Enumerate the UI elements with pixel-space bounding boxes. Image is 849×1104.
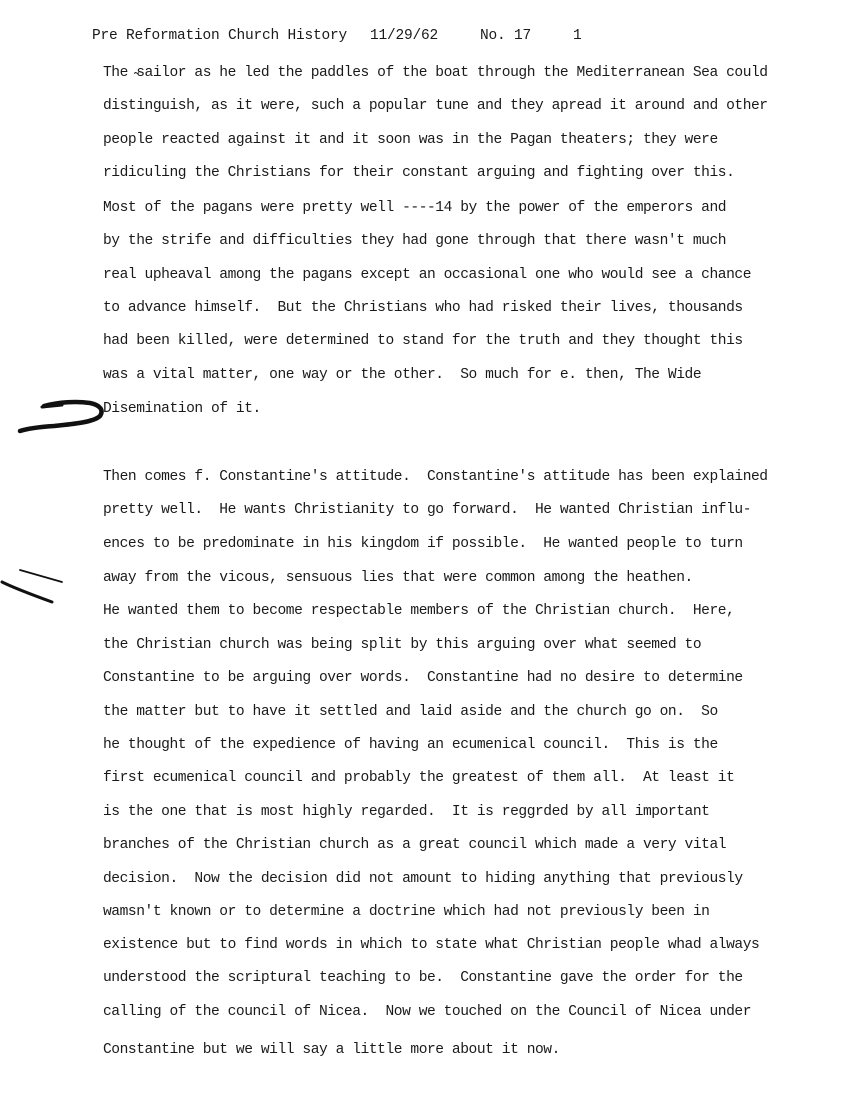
- text-line: is the one that is most highly regarded.…: [103, 803, 709, 821]
- document-page: Pre Reformation Church History 11/29/62 …: [0, 0, 849, 1104]
- text-line: understood the scriptural teaching to be…: [103, 969, 743, 987]
- text-line: the matter but to have it settled and la…: [103, 703, 718, 721]
- text-line: wamsn't known or to determine a doctrine…: [103, 903, 709, 921]
- page-header: Pre Reformation Church History 11/29/62 …: [92, 28, 126, 48]
- text-line: real upheaval among the pagans except an…: [103, 266, 751, 284]
- text-line: decision. Now the decision did not amoun…: [103, 870, 743, 888]
- text-line: by the strife and difficulties they had …: [103, 232, 726, 250]
- text-line: was a vital matter, one way or the other…: [103, 366, 701, 384]
- text-line: The ̴sailor as he led the paddles of the…: [103, 64, 768, 82]
- handwritten-slash-mark-icon: [0, 564, 70, 608]
- text-line: calling of the council of Nicea. Now we …: [103, 1003, 751, 1021]
- course-title: Pre Reformation Church History: [92, 28, 347, 44]
- lecture-date: 11/29/62: [370, 28, 438, 44]
- handwritten-arrow-mark-icon: [14, 396, 106, 436]
- text-line: pretty well. He wants Christianity to go…: [103, 501, 751, 519]
- text-line: away from the vicous, sensuous lies that…: [103, 569, 693, 587]
- text-line: distinguish, as it were, such a popular …: [103, 97, 768, 115]
- text-line: he thought of the expedience of having a…: [103, 736, 718, 754]
- text-line: He wanted them to become respectable mem…: [103, 602, 734, 620]
- text-line: people reacted against it and it soon wa…: [103, 131, 718, 149]
- text-line: had been killed, were determined to stan…: [103, 332, 743, 350]
- text-line: Constantine to be arguing over words. Co…: [103, 669, 743, 687]
- text-line: branches of the Christian church as a gr…: [103, 836, 726, 854]
- lecture-number: No. 17: [480, 28, 531, 44]
- text-line: ences to be predominate in his kingdom i…: [103, 535, 743, 553]
- text-line: existence but to find words in which to …: [103, 936, 759, 954]
- text-line: ridiculing the Christians for their cons…: [103, 164, 734, 182]
- text-line: Then comes f. Constantine's attitude. Co…: [103, 468, 768, 486]
- text-line: Disemination of it.: [103, 400, 261, 418]
- text-line: to advance himself. But the Christians w…: [103, 299, 743, 317]
- text-line: first ecumenical council and probably th…: [103, 769, 734, 787]
- text-line: Most of the pagans were pretty well ----…: [103, 199, 726, 217]
- text-line: Constantine but we will say a little mor…: [103, 1041, 560, 1059]
- text-line: the Christian church was being split by …: [103, 636, 701, 654]
- page-number: 1: [573, 28, 582, 44]
